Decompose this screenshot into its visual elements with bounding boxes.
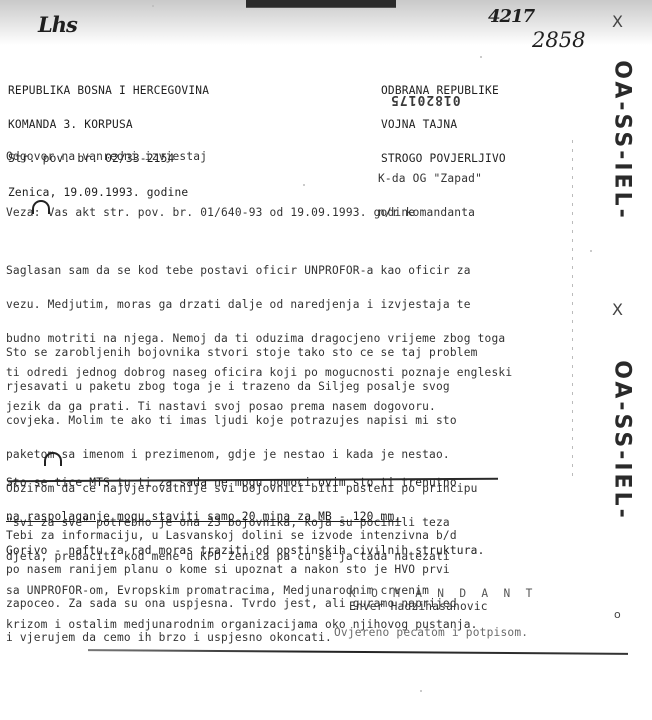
paragraph-line: po nasem ranijem planu o kome si upoznat… (6, 564, 457, 576)
handwritten-number: 4217 (488, 6, 534, 27)
paragraph-line: covjeka. Molim te ako ti imas ljudi koje… (6, 415, 478, 427)
handwritten-initials: Lhs (38, 12, 77, 37)
classification-military-secret: VOJNA TAJNA (381, 119, 506, 131)
scan-speck (152, 5, 154, 7)
paragraph-line: vezu. Medjutim, moras ga drzati dalje od… (6, 299, 512, 311)
margin-mark-x: X (612, 300, 623, 319)
paragraph-line: rjesavati u paketu zbog toga je i trazen… (6, 381, 478, 393)
viewer-top-bar (246, 0, 396, 8)
sender-command: KOMANDA 3. KORPUSA (8, 119, 209, 131)
handwritten-page-number: 2858 (532, 28, 585, 52)
signature-title: K O M A N D A N T (349, 588, 537, 599)
margin-mark-o: o (614, 608, 621, 621)
sender-republic: REPUBLIKA BOSNA I HERCEGOVINA (8, 85, 209, 97)
margin-stamp-lower: OA-SS-IEL- (610, 360, 635, 520)
paragraph-line: Saglasan sam da se kod tebe postavi ofic… (6, 265, 512, 277)
signature-name: Enver Hadzihasanovic (349, 601, 488, 612)
paragraph-line: Sto se zarobljenih bojovnika stvori stoj… (6, 347, 478, 359)
archive-margin-stamp: X OA-SS-IEL- X OA-SS-IEL- o (604, 8, 640, 628)
margin-stamp-upper: OA-SS-IEL- (610, 60, 635, 220)
addressee-unit: K-da OG "Zapad" (378, 173, 482, 185)
sender-date: Zenica, 19.09.1993. godine (8, 187, 209, 199)
scan-speck (480, 56, 482, 58)
pen-mark (32, 200, 50, 214)
sender-header: REPUBLIKA BOSNA I HERCEGOVINA KOMANDA 3.… (8, 63, 209, 210)
scan-speck (420, 690, 422, 692)
scan-speck (303, 184, 305, 186)
subject-line: Odgovor na vanredni izvjestaj (6, 151, 207, 162)
paragraph-line: Tebi za informaciju, u Lasvanskoj dolini… (6, 530, 457, 542)
stamped-document-number: 01820175 (390, 92, 461, 107)
certification-note: Ovjereno pecatom i potpisom. (334, 627, 528, 638)
fold-line (572, 140, 573, 480)
scan-speck (590, 250, 592, 252)
margin-mark-x: X (612, 12, 623, 31)
reference-line: Veza: Vas akt str. pov. br. 01/640-93 od… (6, 207, 415, 218)
pen-mark (44, 452, 62, 466)
